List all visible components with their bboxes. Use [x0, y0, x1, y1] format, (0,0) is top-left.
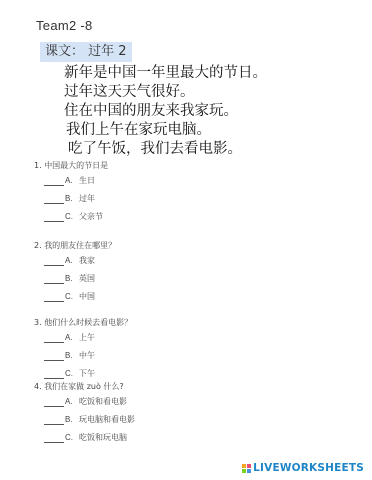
question-number: 1.: [34, 161, 42, 170]
question-number: 4.: [34, 382, 42, 391]
option-text: 过年: [79, 190, 95, 208]
answer-blank[interactable]: [44, 293, 64, 302]
option-letter: A.: [65, 393, 79, 411]
option-text: 英国: [79, 270, 95, 288]
answer-blank[interactable]: [44, 398, 64, 407]
option-letter: B.: [65, 347, 79, 365]
question-3: 3. 他们什么时候去看电影？ A. 上午 B. 中午 C. 下午: [34, 317, 132, 383]
option-letter: C.: [65, 429, 79, 447]
question-text: 他们什么时候去看电影？: [44, 318, 132, 327]
question-4: 4. 我们在家做 zuò 什么? A. 吃饭和看电影 B. 玩电脑和看电影 C.…: [34, 381, 135, 447]
question-text: 我们在家做 zuò 什么?: [44, 382, 124, 391]
question-stem: 4. 我们在家做 zuò 什么?: [34, 381, 135, 393]
reading-passage: 新年是中国一年里最大的节日。 过年这天天气很好。 住在中国的朋友来我家玩。 我们…: [64, 64, 267, 159]
option-c: C. 吃饭和玩电脑: [44, 429, 135, 447]
option-b: B. 中午: [44, 347, 132, 365]
option-text: 吃饭和看电影: [79, 393, 127, 411]
passage-line: 吃了午饭，我们去看电影。: [64, 140, 267, 159]
option-letter: C.: [65, 288, 79, 306]
option-text: 我家: [79, 252, 95, 270]
option-text: 吃饭和玩电脑: [79, 429, 127, 447]
passage-line: 我们上午在家玩电脑。: [64, 121, 267, 140]
passage-line: 新年是中国一年里最大的节日。: [64, 64, 267, 83]
answer-blank[interactable]: [44, 416, 64, 425]
option-text: 中午: [79, 347, 95, 365]
option-text: 中国: [79, 288, 95, 306]
option-b: B. 英国: [44, 270, 116, 288]
answer-blank[interactable]: [44, 213, 64, 222]
answer-blank[interactable]: [44, 370, 64, 379]
question-text: 我的朋友住在哪里？: [44, 241, 116, 250]
option-letter: A.: [65, 329, 79, 347]
option-text: 上午: [79, 329, 95, 347]
option-letter: A.: [65, 172, 79, 190]
option-a: A. 上午: [44, 329, 132, 347]
answer-blank[interactable]: [44, 257, 64, 266]
liveworksheets-logo[interactable]: LIVEWORKSHEETS: [242, 462, 364, 474]
option-a: A. 吃饭和看电影: [44, 393, 135, 411]
option-letter: B.: [65, 190, 79, 208]
option-c: C. 中国: [44, 288, 116, 306]
logo-text: LIVEWORKSHEETS: [253, 462, 364, 474]
answer-blank[interactable]: [44, 434, 64, 443]
option-a: A. 我家: [44, 252, 116, 270]
question-1: 1. 中国最大的节日是 A. 生日 B. 过年 C. 父亲节: [34, 160, 108, 226]
option-letter: B.: [65, 270, 79, 288]
logo-grid-icon: [242, 464, 251, 473]
option-text: 父亲节: [79, 208, 103, 226]
question-stem: 3. 他们什么时候去看电影？: [34, 317, 132, 329]
option-letter: A.: [65, 252, 79, 270]
option-b: B. 玩电脑和看电影: [44, 411, 135, 429]
option-b: B. 过年: [44, 190, 108, 208]
passage-line: 住在中国的朋友来我家玩。: [64, 102, 267, 121]
option-letter: B.: [65, 411, 79, 429]
option-text: 生日: [79, 172, 95, 190]
question-2: 2. 我的朋友住在哪里？ A. 我家 B. 英国 C. 中国: [34, 240, 116, 306]
answer-blank[interactable]: [44, 352, 64, 361]
question-stem: 2. 我的朋友住在哪里？: [34, 240, 116, 252]
question-number: 3.: [34, 318, 42, 327]
answer-blank[interactable]: [44, 334, 64, 343]
lesson-title: 课文： 过年 2: [40, 42, 132, 62]
question-number: 2.: [34, 241, 42, 250]
option-a: A. 生日: [44, 172, 108, 190]
team-label: Team2 -8: [36, 18, 93, 33]
question-text: 中国最大的节日是: [44, 161, 108, 170]
answer-blank[interactable]: [44, 177, 64, 186]
option-text: 玩电脑和看电影: [79, 411, 135, 429]
option-c: C. 父亲节: [44, 208, 108, 226]
passage-line: 过年这天天气很好。: [64, 83, 267, 102]
answer-blank[interactable]: [44, 275, 64, 284]
answer-blank[interactable]: [44, 195, 64, 204]
option-letter: C.: [65, 208, 79, 226]
question-stem: 1. 中国最大的节日是: [34, 160, 108, 172]
